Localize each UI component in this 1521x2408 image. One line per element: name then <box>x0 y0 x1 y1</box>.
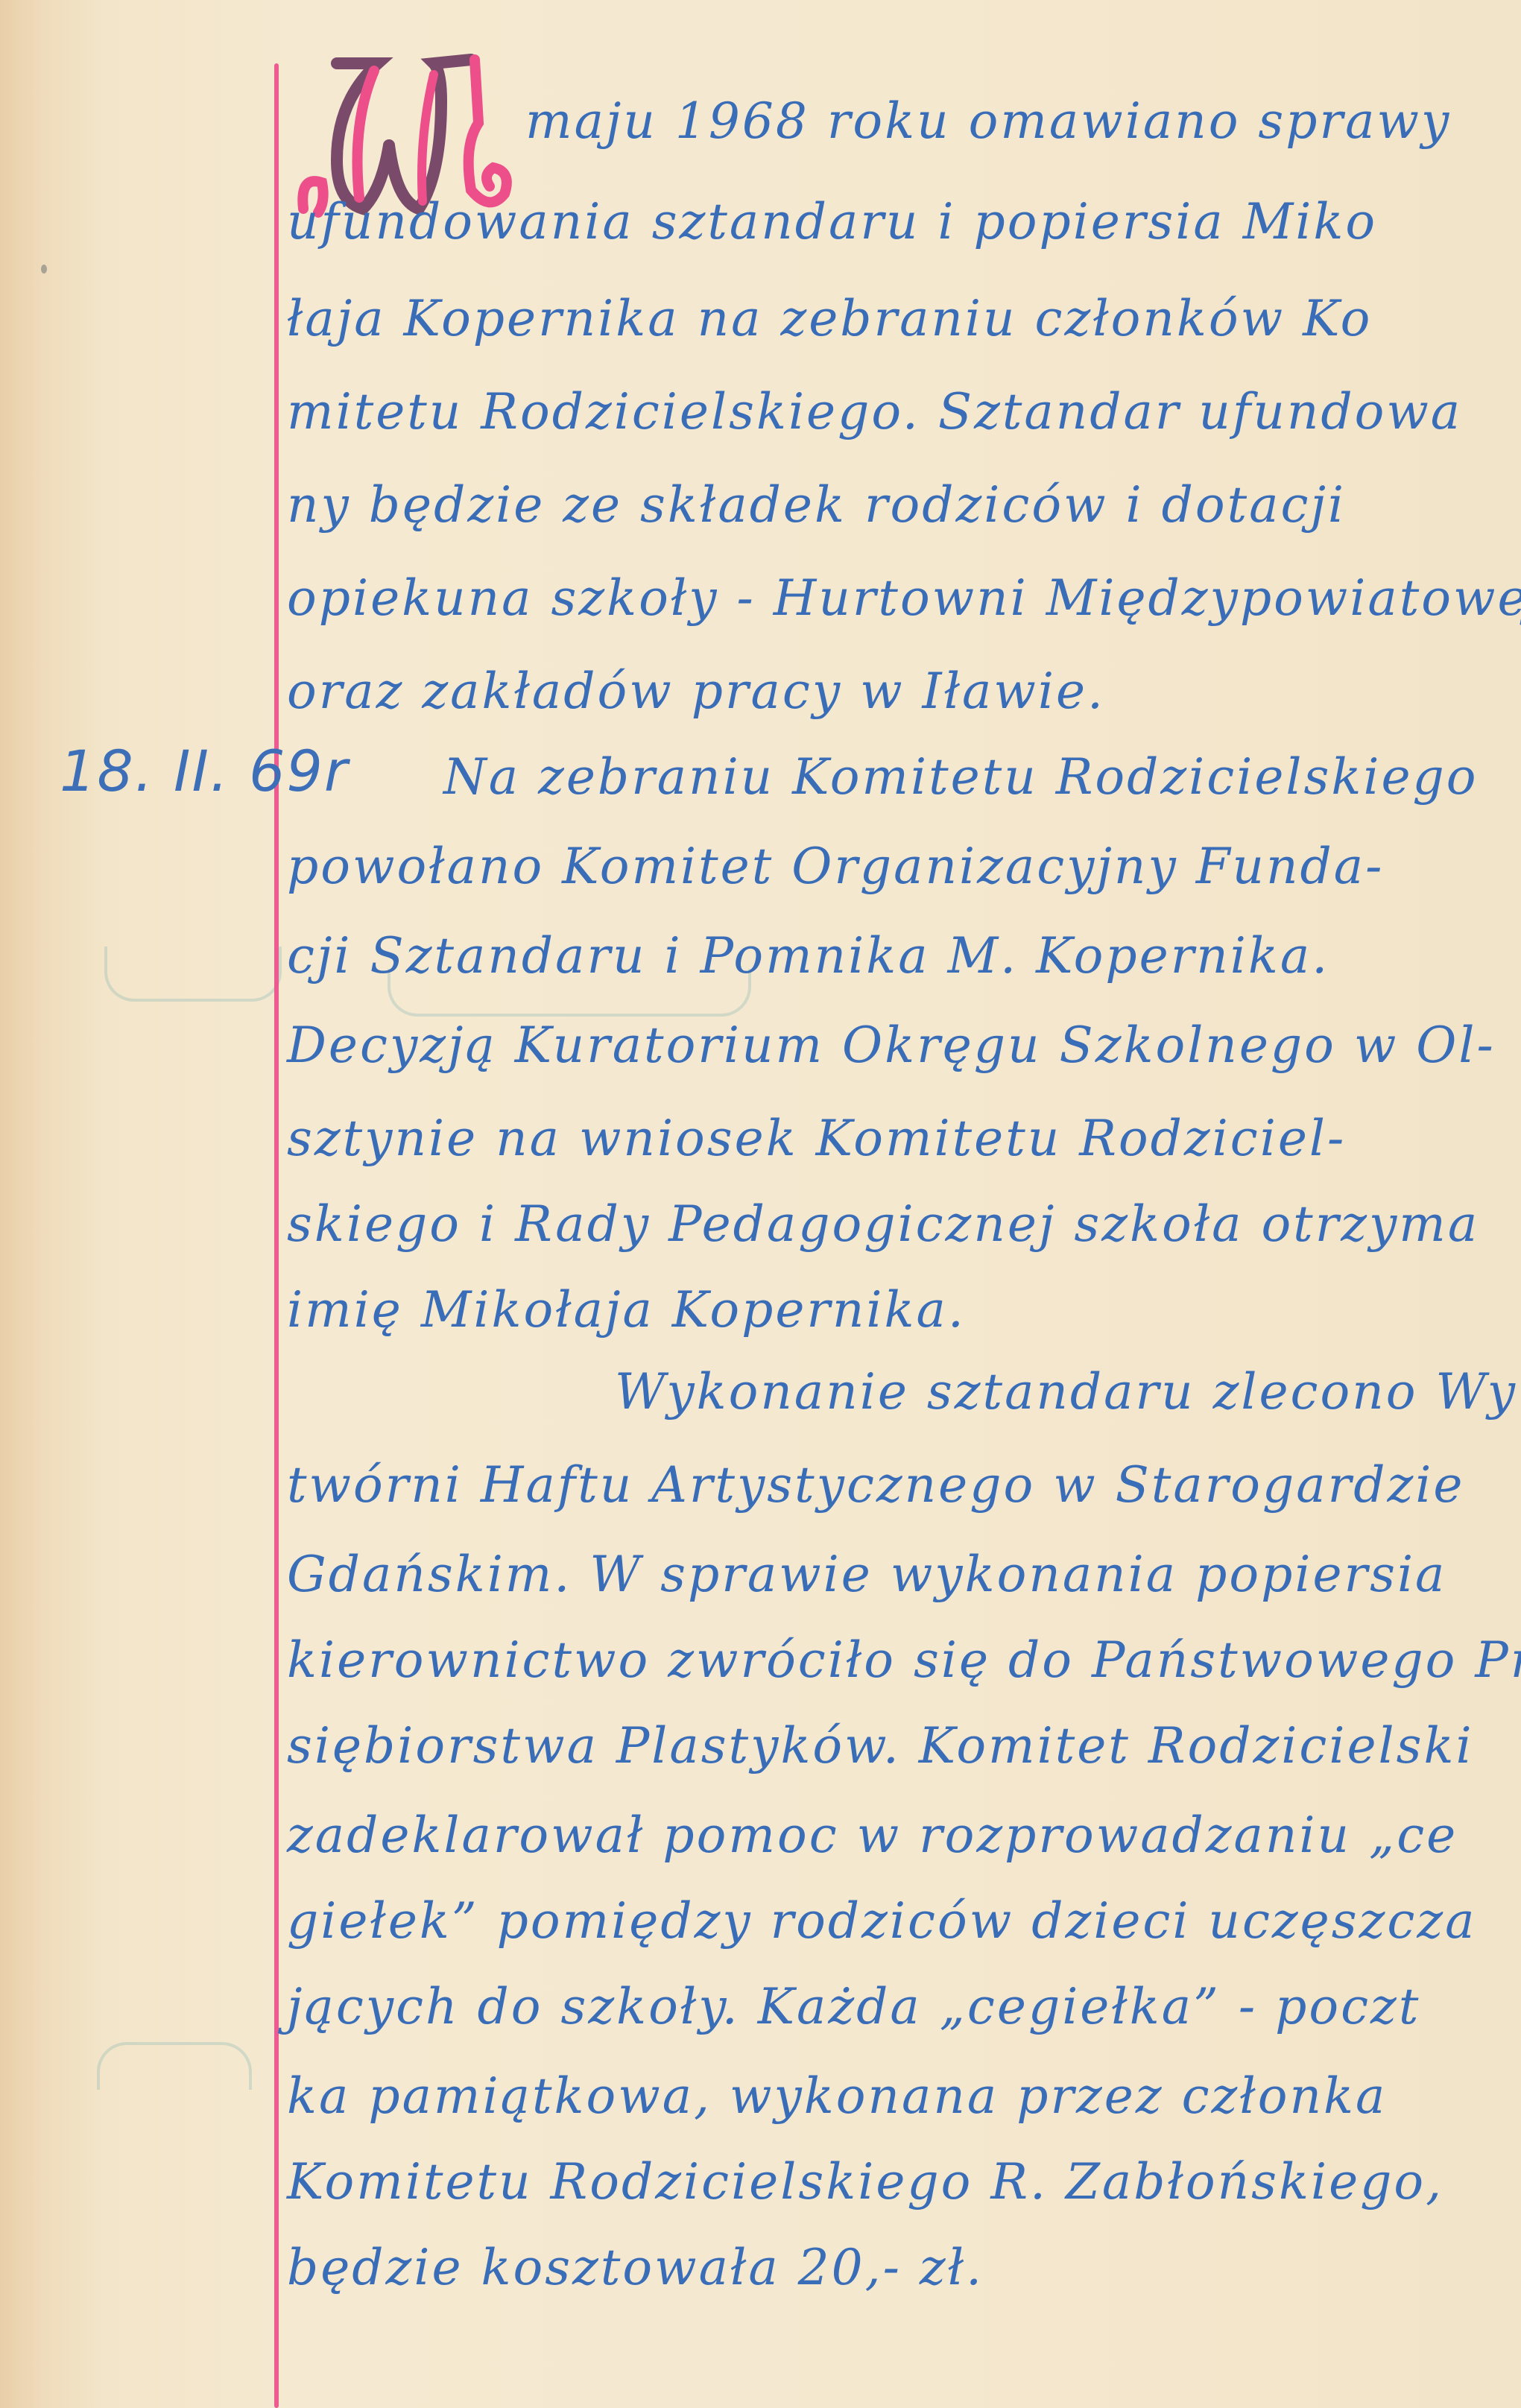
text-line: Gdańskim. W sprawie wykonania popiersia <box>287 1550 1446 1599</box>
text-line: skiego i Rady Pedagogicznej szkoła otrzy… <box>287 1200 1479 1249</box>
text-line: cji Sztandaru i Pomnika M. Kopernika. <box>287 932 1329 981</box>
text-line: oraz zakładów pracy w Iławie. <box>287 667 1105 716</box>
bleed-through-ornament <box>97 2042 252 2090</box>
bleed-through-ornament <box>104 947 282 1002</box>
text-line: giełek” pomiędzy rodziców dzieci uczęszc… <box>287 1897 1476 1946</box>
text-line: zadeklarował pomoc w rozprowadzaniu „ce <box>287 1811 1458 1860</box>
text-line: mitetu Rodzicielskiego. Sztandar ufundow… <box>287 388 1462 437</box>
text-line: będzie kosztowała 20,- zł. <box>287 2243 984 2292</box>
text-line: Komitetu Rodzicielskiego R. Zabłońskiego… <box>287 2158 1443 2207</box>
text-line: ny będzie ze składek rodziców i dotacji <box>287 481 1346 530</box>
paragraph-start-line: Na zebraniu Komitetu Rodzicielskiego <box>287 753 1479 802</box>
text-line: jących do szkoły. Każda „cegiełka” - poc… <box>287 1982 1420 2032</box>
handwritten-page: 18. II. 69r maju 1968 roku omawiano spra… <box>0 0 1521 2408</box>
text-line: ufundowania sztandaru i popiersia Miko <box>287 197 1377 247</box>
text-line: łaja Kopernika na zebraniu członków Ko <box>287 294 1372 344</box>
text-line: kierownictwo zwróciło się do Państwowego… <box>287 1636 1521 1685</box>
text-line: sztynie na wniosek Komitetu Rodziciel- <box>287 1114 1346 1163</box>
text-line: ka pamiątkowa, wykonana przez członka <box>287 2072 1387 2121</box>
text-line: opiekuna szkoły - Hurtowni Międzypowiato… <box>287 574 1521 623</box>
text-line: twórni Haftu Artystycznego w Starogardzi… <box>287 1461 1464 1510</box>
text-line: imię Mikołaja Kopernika. <box>287 1286 966 1335</box>
text-line: powołano Komitet Organizacyjny Funda- <box>287 842 1384 891</box>
paragraph-start-line: Wykonanie sztandaru zlecono Wy <box>287 1368 1517 1417</box>
text-line: siębiorstwa Plastyków. Komitet Rodziciel… <box>287 1722 1474 1771</box>
text-line: maju 1968 roku omawiano sprawy <box>525 97 1451 146</box>
paper-speck <box>41 265 47 274</box>
margin-line <box>274 63 279 2408</box>
text-line: Decyzją Kuratorium Okręgu Szkolnego w Ol… <box>287 1021 1496 1070</box>
